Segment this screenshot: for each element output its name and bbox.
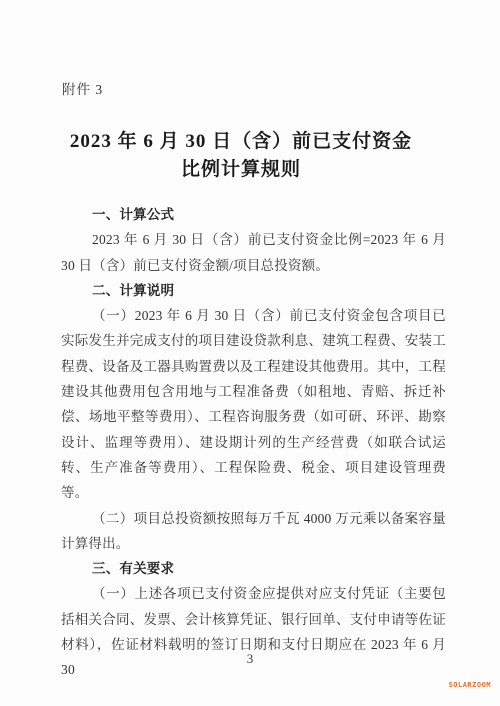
title-line-1: 2023 年 6 月 30 日（含）前已支付资金: [0, 128, 482, 156]
paragraph-explanation-2: （二）项目总投资额按照每万千瓦 4000 万元乘以备案容量计算得出。: [61, 506, 446, 557]
paragraph-formula: 2023 年 6 月 30 日（含）前已支付资金比例=2023 年 6 月 30…: [61, 227, 446, 278]
document-body: 一、计算公式 2023 年 6 月 30 日（含）前已支付资金比例=2023 年…: [61, 202, 446, 683]
document-title: 2023 年 6 月 30 日（含）前已支付资金 比例计算规则: [0, 128, 482, 184]
page-number: 3: [0, 651, 500, 667]
paragraph-explanation-1: （一）2023 年 6 月 30 日（含）前已支付资金包含项目已实际发生并完成支…: [61, 303, 446, 505]
paragraph-requirements-1: （一）上述各项已支付资金应提供对应支付凭证（主要包括相关合同、发票、会计核算凭证…: [61, 581, 446, 682]
title-line-2: 比例计算规则: [0, 156, 482, 184]
document-page: 附件 3 2023 年 6 月 30 日（含）前已支付资金 比例计算规则 一、计…: [0, 0, 500, 706]
attachment-label: 附件 3: [62, 78, 103, 98]
section-heading-explanation: 二、计算说明: [61, 278, 446, 303]
section-heading-requirements: 三、有关要求: [61, 556, 446, 581]
watermark-solarzoom: SOLARZOOM: [449, 681, 491, 689]
section-heading-formula: 一、计算公式: [61, 202, 446, 227]
